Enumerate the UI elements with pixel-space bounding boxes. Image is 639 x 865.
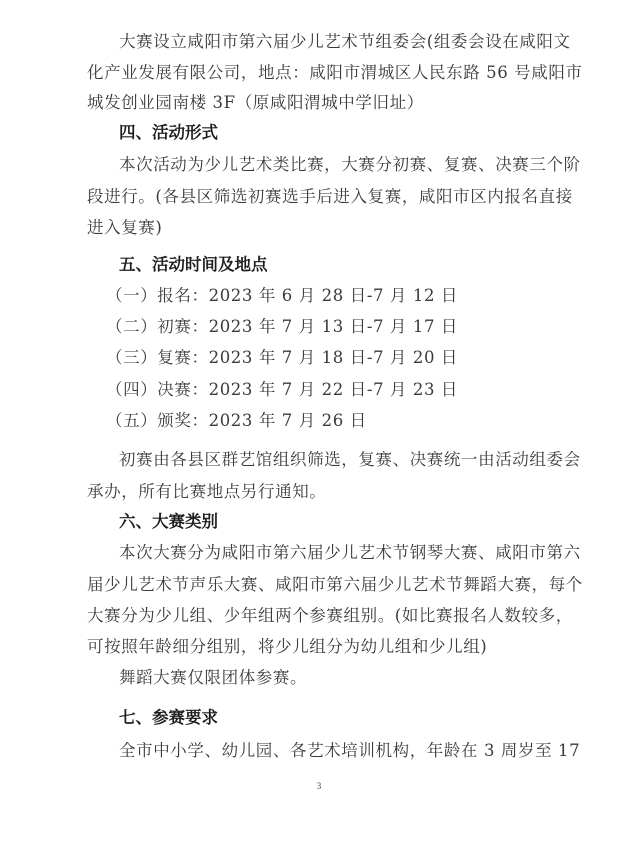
section-6-note: 舞蹈大赛仅限团体参赛。 xyxy=(119,666,589,690)
section-4-line-1: 本次活动为少儿艺术类比赛，大赛分初赛、复赛、决赛三个阶 xyxy=(119,153,552,177)
schedule-label: （三）复赛： xyxy=(106,348,209,367)
page-number: 3 xyxy=(314,781,324,791)
section-4-heading: 四、活动形式 xyxy=(119,121,218,145)
schedule-item-semifinal: （三）复赛：2023 年 7 月 18 日-7 月 20 日 xyxy=(106,346,576,370)
section-5-note-line-1: 初赛由各县区群艺馆组织筛选，复赛、决赛统一由活动组委会 xyxy=(119,448,552,472)
schedule-date: 2023 年 7 月 22 日-7 月 23 日 xyxy=(209,380,458,399)
schedule-date: 2023 年 6 月 28 日-7 月 12 日 xyxy=(209,286,458,305)
schedule-label: （一）报名： xyxy=(106,286,209,305)
schedule-date: 2023 年 7 月 13 日-7 月 17 日 xyxy=(209,317,458,336)
paragraph-1-line-1: 大赛设立咸阳市第六届少儿艺术节组委会(组委会设在咸阳文 xyxy=(119,30,552,54)
schedule-date: 2023 年 7 月 26 日 xyxy=(209,411,367,430)
schedule-label: （五）颁奖： xyxy=(106,411,209,430)
paragraph-1-line-3: 城发创业园南楼 3F（原咸阳渭城中学旧址） xyxy=(87,91,557,115)
document-page: 大赛设立咸阳市第六届少儿艺术节组委会(组委会设在咸阳文 化产业发展有限公司，地点… xyxy=(0,0,639,865)
section-6-line-4: 可按照年龄细分组别，将少儿组分为幼儿组和少儿组) xyxy=(87,635,557,659)
schedule-item-awards: （五）颁奖：2023 年 7 月 26 日 xyxy=(106,409,576,433)
schedule-item-preliminary: （二）初赛：2023 年 7 月 13 日-7 月 17 日 xyxy=(106,315,576,339)
section-6-line-1: 本次大赛分为咸阳市第六届少儿艺术节钢琴大赛、咸阳市第六 xyxy=(119,541,552,565)
section-6-line-3: 大赛分为少儿组、少年组两个参赛组别。(如比赛报名人数较多， xyxy=(87,604,552,628)
section-7-heading: 七、参赛要求 xyxy=(119,706,218,730)
section-6-line-2: 届少儿艺术节声乐大赛、咸阳市第六届少儿艺术节舞蹈大赛，每个 xyxy=(87,573,552,597)
section-7-line-1: 全市中小学、幼儿园、各艺术培训机构，年龄在 3 周岁至 17 xyxy=(119,739,552,763)
schedule-label: （四）决赛： xyxy=(106,380,209,399)
paragraph-1-line-2: 化产业发展有限公司，地点：咸阳市渭城区人民东路 56 号咸阳市 xyxy=(87,61,552,85)
schedule-item-final: （四）决赛：2023 年 7 月 22 日-7 月 23 日 xyxy=(106,378,576,402)
section-4-line-2: 段进行。(各县区筛选初赛选手后进入复赛，咸阳市区内报名直接 xyxy=(87,185,552,209)
schedule-date: 2023 年 7 月 18 日-7 月 20 日 xyxy=(209,348,458,367)
section-5-note-line-2: 承办，所有比赛地点另行通知。 xyxy=(87,480,557,504)
section-5-heading: 五、活动时间及地点 xyxy=(119,253,268,277)
schedule-label: （二）初赛： xyxy=(106,317,209,336)
section-4-line-3: 进入复赛) xyxy=(87,216,557,240)
schedule-item-registration: （一）报名：2023 年 6 月 28 日-7 月 12 日 xyxy=(106,284,576,308)
section-6-heading: 六、大赛类别 xyxy=(119,510,218,534)
